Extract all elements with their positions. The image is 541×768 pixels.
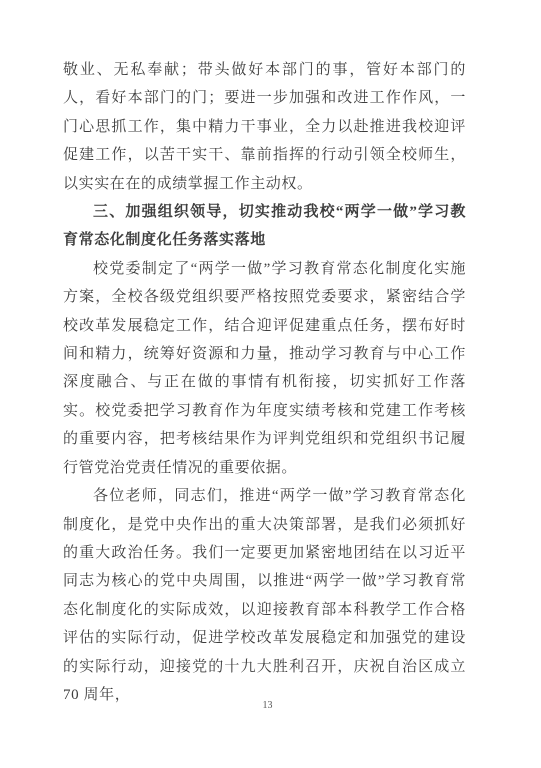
section-heading: 三、加强组织领导，切实推动我校“两学一做”学习教育常态化制度化任务落实落地 bbox=[63, 198, 466, 255]
paragraph: 敬业、无私奉献；带头做好本部门的事，管好本部门的人，看好本部门的门；要进一步加强… bbox=[63, 56, 466, 198]
text-block: 敬业、无私奉献；带头做好本部门的事，管好本部门的人，看好本部门的门；要进一步加强… bbox=[63, 56, 466, 709]
page-number: 13 bbox=[0, 700, 535, 711]
paragraph: 校党委制定了“两学一做”学习教育常态化制度化实施方案，全校各级党组织要严格按照党… bbox=[63, 255, 466, 482]
document-page: 敬业、无私奉献；带头做好本部门的事，管好本部门的人，看好本部门的门；要进一步加强… bbox=[0, 0, 541, 768]
paragraph: 各位老师，同志们，推进“两学一做”学习教育常态化制度化，是党中央作出的重大决策部… bbox=[63, 482, 466, 709]
